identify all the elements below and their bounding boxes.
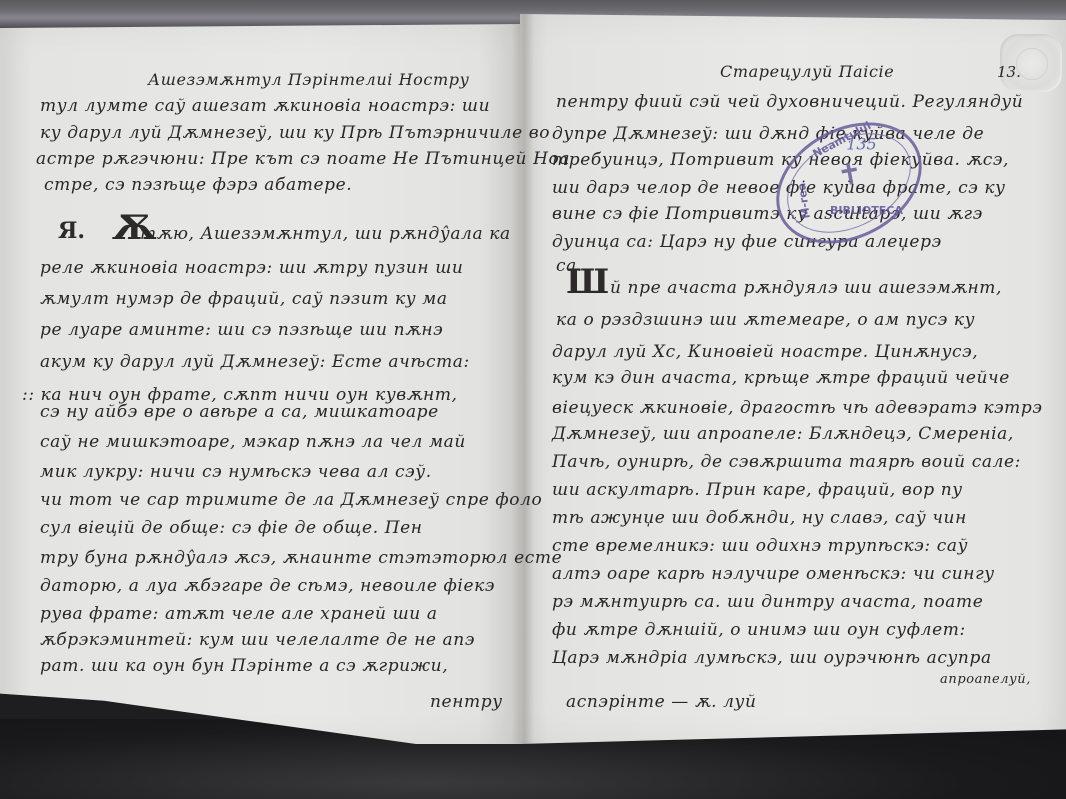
left-line: ку дарул луй Дѫмнезеў, ши ку Прѣ Пътэрни… xyxy=(40,123,550,143)
left-line: астре рѫгэчюни: Пре кът сэ поате Не Пъти… xyxy=(36,149,570,169)
right-line: віецуеск ѫкиновіе, драгостѣ чѣ адевэратэ… xyxy=(552,398,1043,418)
left-line: рат. ши ка оун бун Пэрінте а сэ ѫгрижи, xyxy=(40,656,448,676)
right-line: тѣ ажунџе ши добѫнди, ну славэ, саў чин xyxy=(552,508,967,528)
left-line: мик лукру: ничи сэ нумѣскэ чева ал сэў. xyxy=(40,462,432,482)
left-line: ре луаре аминте: ши сэ пэзѣще ши пѫнэ xyxy=(40,320,443,340)
left-line: акум ку дарул луй Дѫмнезеў: Есте ачѣста: xyxy=(40,352,470,372)
right-line: требуинцэ, Потривит ку невоя фіекуйва. ѫ… xyxy=(552,150,1009,170)
left-line: тѫю, Ашезэмѫнтул, ши рѫнду̂ала ка xyxy=(140,224,511,244)
right-line: сте времелникэ: ши одихнэ трупѣскэ: саў xyxy=(552,536,968,556)
left-page-heading: Ашезэмѫнтул Пэрінтелui Ностру xyxy=(148,70,469,89)
right-line: вине сэ фіе Потривитэ ку ascultарэ, ши ѫ… xyxy=(552,204,983,224)
stamp-text-bottom: BIBLIOTECA xyxy=(830,204,903,217)
right-line: Царэ мѫндріа лумѣскэ, ши оурэчюнѣ асупра xyxy=(552,648,992,668)
section-number: Я. xyxy=(58,218,85,244)
left-line: тул лумте саў ашезат ѫкиновіа ноастрэ: ш… xyxy=(40,96,490,116)
right-line: пентру фиий сэй чей духовничеций. Регуля… xyxy=(556,92,1023,112)
right-line: Дѫмнезеў, ши апроапеле: Блѫндецэ, Смерен… xyxy=(552,424,1014,444)
right-line: дарул луй Хс, Киновіей ноастре. Цинѫнусэ… xyxy=(552,342,978,362)
right-line-note: апроапелуй, xyxy=(940,672,1031,687)
left-line: сул віецій де обще: сэ фіе де обще. Пен xyxy=(40,518,423,538)
left-line: стре, сэ пэзѣще фэрэ абатере. xyxy=(44,175,352,195)
left-line: саў не мишкэтоаре, мэкар пѫнэ ла чел май xyxy=(40,432,466,452)
left-line: ѫмулт нумэр де фраций, саў пэзит ку ма xyxy=(40,289,448,309)
manuscript-photo: Ашезэмѫнтул Пэрінтелui Ностру тул лумте … xyxy=(0,0,1066,799)
left-line: рува фрате: атѫт челе але храней ши а xyxy=(40,604,438,624)
right-line: ши аскултарѣ. Прин каре, фраций, вор пу xyxy=(552,480,963,500)
stamp-number: 135 xyxy=(846,135,877,154)
right-line: фи ѫтре дѫншій, о инимэ ши оун суфлет: xyxy=(552,620,966,640)
left-catchword: пентру xyxy=(430,692,503,712)
left-line: реле ѫкиновіа ноастрэ: ши ѫтру пузин ши xyxy=(40,258,463,278)
right-line: рэ мѫнтуирѣ са. ши динтру ачаста, поате xyxy=(552,592,983,612)
right-line: дуинца са: Царэ ну фие сингура алеџерэ xyxy=(552,232,942,252)
right-line: кум кэ дин ачаста, крѣще ѫтре фраций чей… xyxy=(552,368,1010,388)
page-number: 13. xyxy=(997,63,1021,81)
left-line: ѫбрэкэминтей: кум ши челелалте де не апэ xyxy=(40,630,475,650)
left-line: чи тот че сар тримите де ла Дѫмнезеў спр… xyxy=(40,490,542,510)
decorated-initial: Ш xyxy=(566,262,609,302)
right-line: алтэ оаре карѣ нэлучире оменѣскэ: чи син… xyxy=(552,564,995,584)
right-line: й пре ачаста рѫндуялэ ши ашезэмѫнт, xyxy=(610,278,1002,298)
running-head: Старецулуй Паісіе xyxy=(720,62,894,81)
left-line: даторю, а луа ѫбэгаре де сѣмэ, невоиле ф… xyxy=(40,576,495,596)
right-line: Пачѣ, оунирѣ, де сэвѫршита таярѣ воий са… xyxy=(552,452,1021,472)
right-line: ка о рэздзшинэ ши ѫтемеаре, о ам пусэ ку xyxy=(556,310,975,330)
right-line: дупре Дѫмнезеў: ши дѫнд фіе куйва челе д… xyxy=(552,124,984,144)
left-line: сэ ну айбэ вре о авѣре а са, мишкатоаре xyxy=(40,402,439,422)
left-line: тру буна рѫнду̂алэ ѫсэ, ѫнаинте стэтэтор… xyxy=(40,548,562,568)
right-catchword: аспэрінте — ѫ. луй xyxy=(566,692,757,712)
